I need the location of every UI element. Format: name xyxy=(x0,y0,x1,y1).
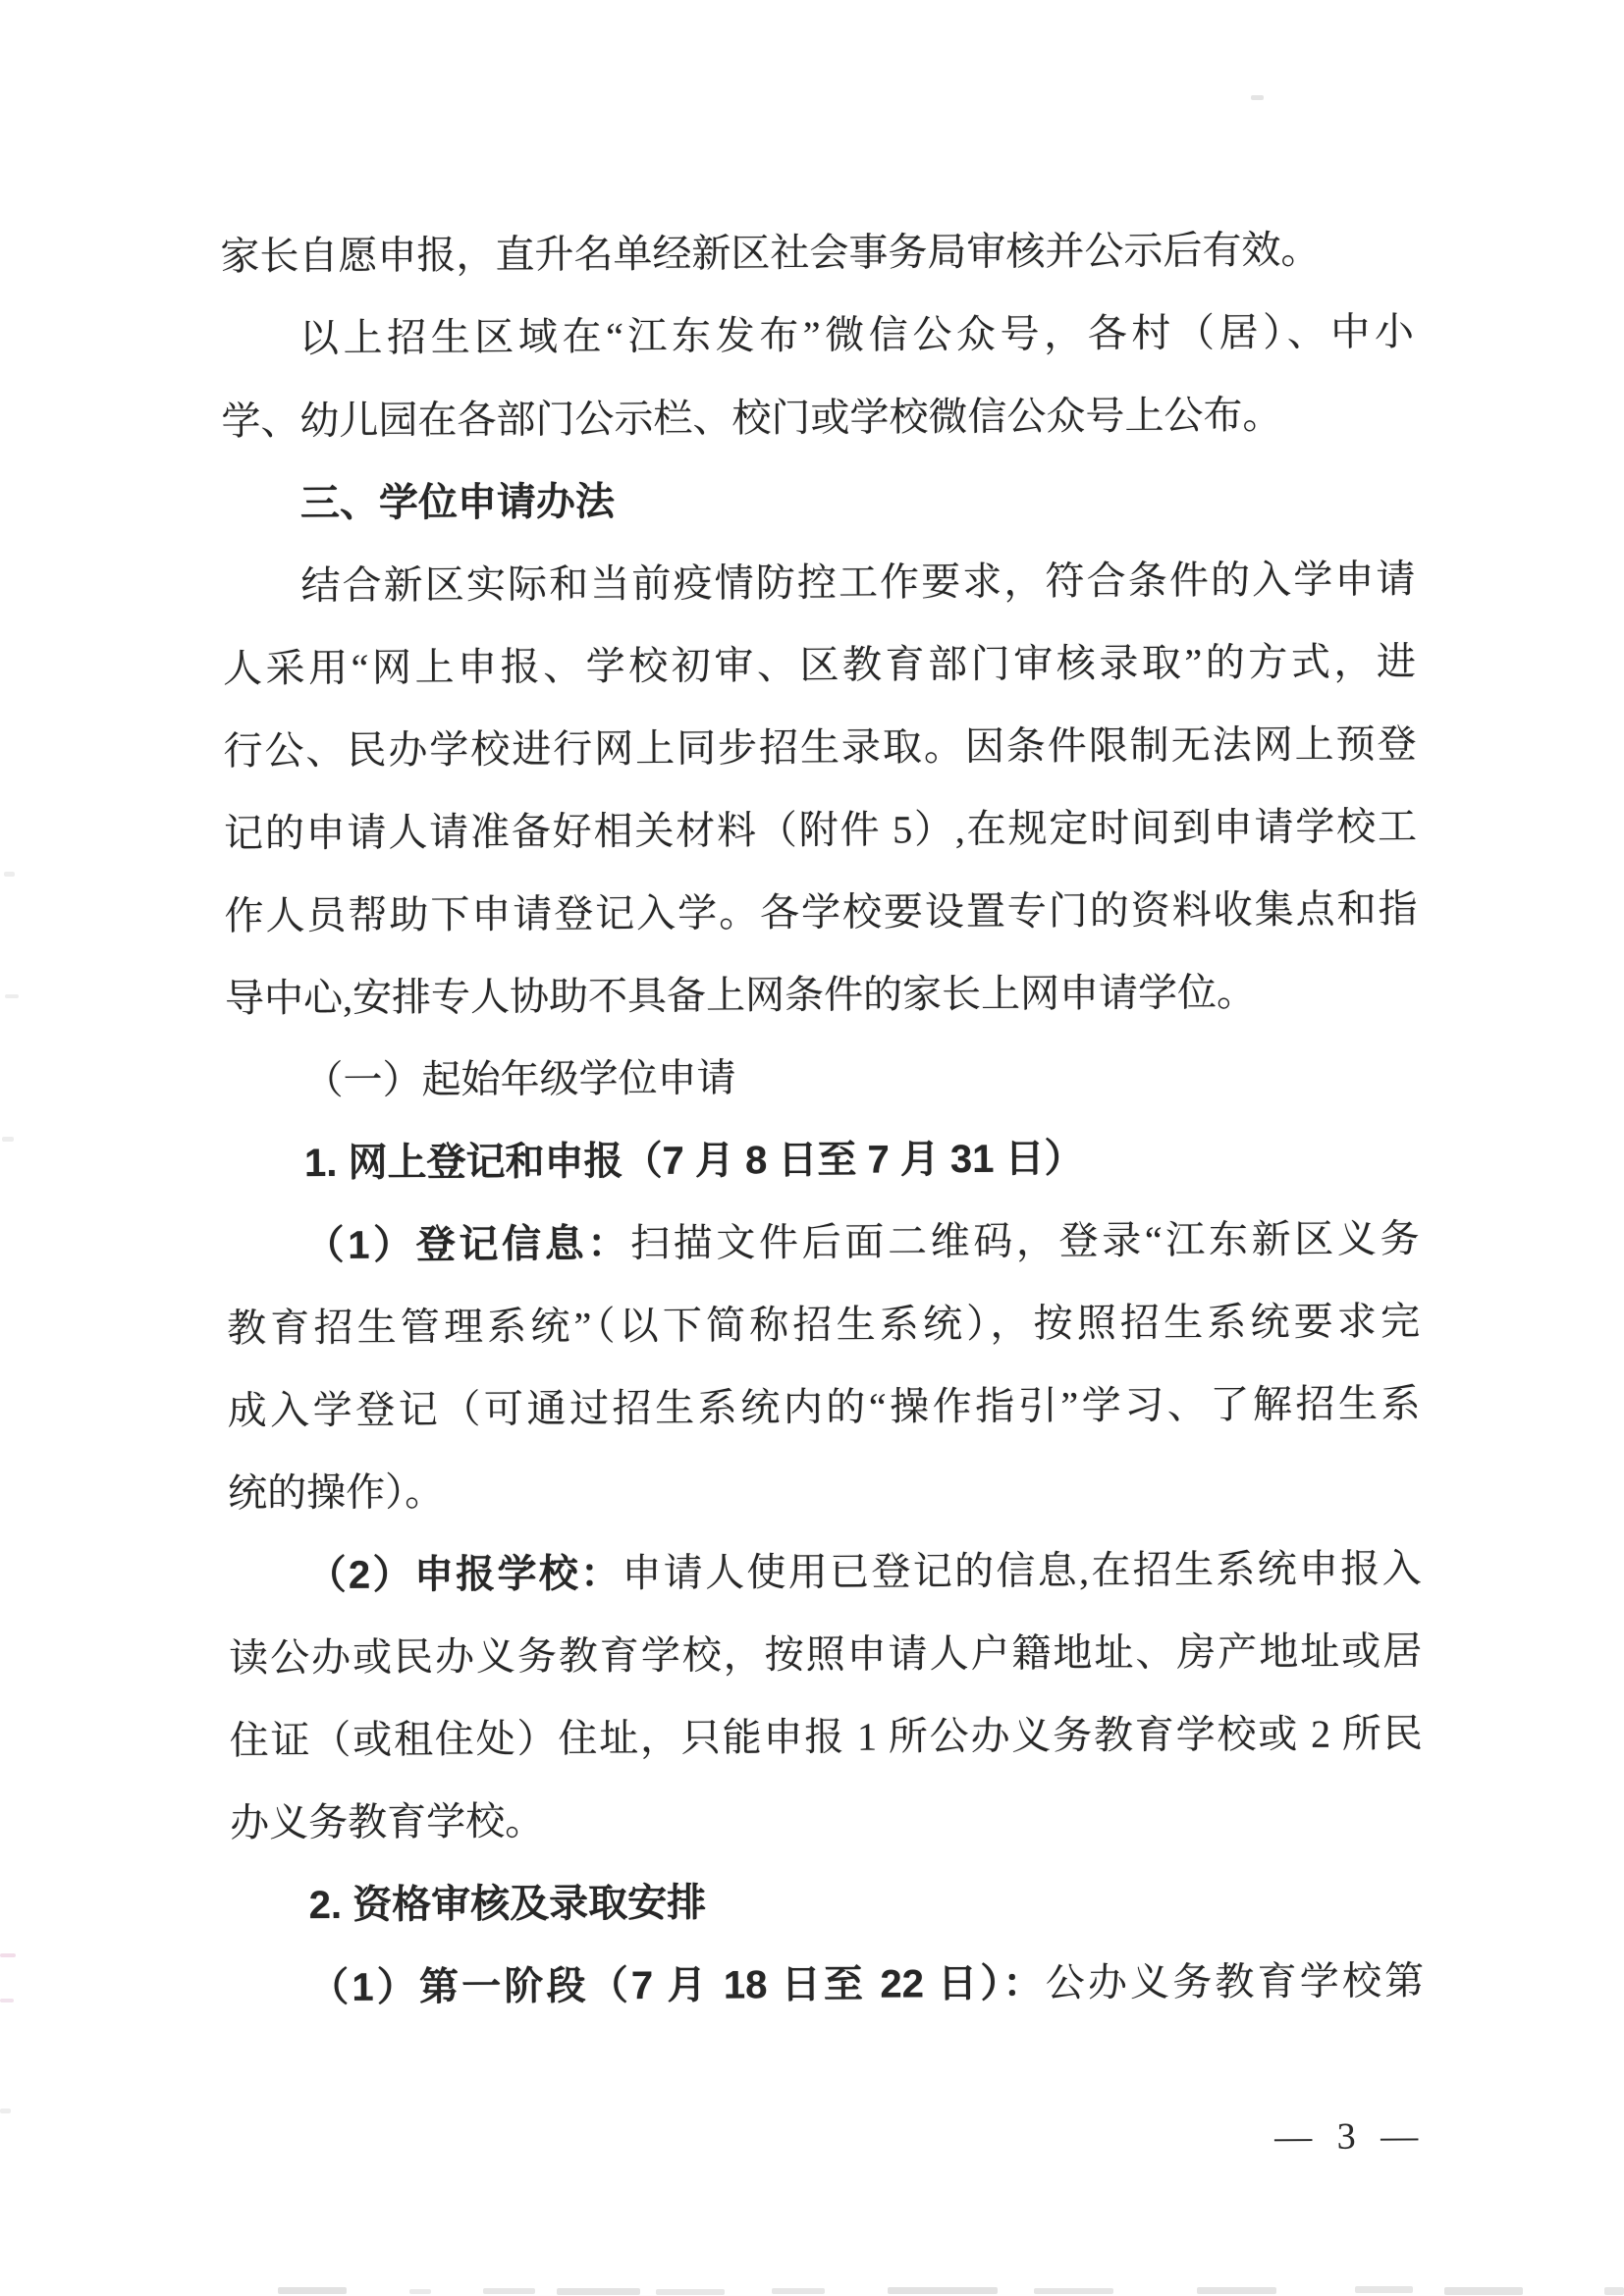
scan-artifact xyxy=(1444,2287,1523,2295)
text-line: 办义务教育学校。 xyxy=(230,1775,1423,1864)
scan-artifact xyxy=(888,2287,998,2294)
scan-artifact xyxy=(1197,2287,1276,2294)
text-line: 学、幼儿园在各部门公示栏、校门或学校微信公众号上公布。 xyxy=(221,373,1414,462)
text-line: 住证（或租住处）住址，只能申报 1 所公办义务教育学校或 2 所民 xyxy=(229,1692,1422,1782)
line-text: 扫描文件后面二维码，登录“江东新区义务 xyxy=(630,1216,1420,1265)
item-heading: 2. 资格审核及录取安排 xyxy=(230,1857,1423,1947)
document-sheet: 家长自愿申报，直升名单经新区社会事务局审核并公示后有效。 以上招生区域在“江东发… xyxy=(0,0,1624,2296)
item-heading: 1. 网上登记和申报（7 月 8 日至 7 月 31 日） xyxy=(226,1115,1419,1204)
bold-lead-in: （1）第一阶段（7 月 18 日至 22 日）： xyxy=(309,1962,1046,2010)
scanned-document-page: 家长自愿申报，直升名单经新区社会事务局审核并公示后有效。 以上招生区域在“江东发… xyxy=(0,0,1624,2296)
scan-artifact xyxy=(1355,2286,1413,2293)
text-line: 以上招生区域在“江东发布”微信公众号，各村（居）、中小 xyxy=(221,291,1414,380)
bold-lead-in: （1）登记信息： xyxy=(304,1222,630,1267)
scan-artifact xyxy=(2,1137,14,1142)
text-line: （1）登记信息：扫描文件后面二维码，登录“江东新区义务 xyxy=(226,1198,1419,1287)
scan-artifact xyxy=(0,2109,11,2113)
text-line: 结合新区实际和当前疫情防控工作要求，符合条件的入学申请 xyxy=(222,538,1415,627)
bold-lead-in: （2）申报学校： xyxy=(307,1552,623,1597)
scan-artifact xyxy=(0,1953,16,1957)
line-text: 申请人使用已登记的信息,在招生系统申报入 xyxy=(622,1546,1421,1595)
scan-artifact xyxy=(278,2287,347,2294)
scan-artifact xyxy=(772,2288,825,2294)
text-line: 成入学登记（可通过招生系统内的“操作指引”学习、了解招生系 xyxy=(227,1362,1420,1452)
text-line: 读公办或民办义务教育学校，按照申请人户籍地址、房产地址或居 xyxy=(229,1610,1422,1699)
text-line: 导中心,安排专人协助不具备上网条件的家长上网申请学位。 xyxy=(225,950,1418,1040)
scan-artifact xyxy=(557,2288,640,2295)
scan-artifact xyxy=(483,2288,535,2294)
section-heading: 三、学位申请办法 xyxy=(222,455,1415,545)
text-line: 统的操作）。 xyxy=(228,1445,1421,1534)
text-line: 行公、民办学校进行网上同步招生录取。因条件限制无法网上预登 xyxy=(223,703,1416,792)
scan-artifact xyxy=(1604,2287,1624,2295)
page-number: — 3 — xyxy=(1274,2112,1426,2161)
scan-artifact xyxy=(409,2289,431,2294)
scan-artifact xyxy=(0,1999,14,2002)
scan-artifact xyxy=(5,994,19,998)
text-line: 人采用“网上申报、学校初审、区教育部门审核录取”的方式，进 xyxy=(223,620,1416,710)
document-body: 家长自愿申报，直升名单经新区社会事务局审核并公示后有效。 以上招生区域在“江东发… xyxy=(220,208,1424,2029)
text-line: （2）申报学校：申请人使用已登记的信息,在招生系统申报入 xyxy=(228,1527,1421,1617)
scan-artifact xyxy=(4,872,15,877)
scan-artifact xyxy=(656,2289,725,2295)
subsection-heading: （一）起始年级学位申请 xyxy=(225,1033,1418,1122)
line-text: 公办义务教育学校第 xyxy=(1046,1958,1425,2004)
text-line: 作人员帮助下申请登记入学。各学校要设置专门的资料收集点和指 xyxy=(224,868,1417,957)
text-line: （1）第一阶段（7 月 18 日至 22 日）：公办义务教育学校第 xyxy=(231,1940,1424,2029)
text-line: 教育招生管理系统”（以下简称招生系统），按照招生系统要求完 xyxy=(227,1280,1420,1369)
scan-artifact xyxy=(1034,2288,1113,2294)
text-line: 记的申请人请准备好相关材料（附件 5）,在规定时间到申请学校工 xyxy=(224,785,1417,875)
scan-artifact xyxy=(1251,95,1264,100)
text-line: 家长自愿申报，直升名单经新区社会事务局审核并公示后有效。 xyxy=(220,208,1413,297)
